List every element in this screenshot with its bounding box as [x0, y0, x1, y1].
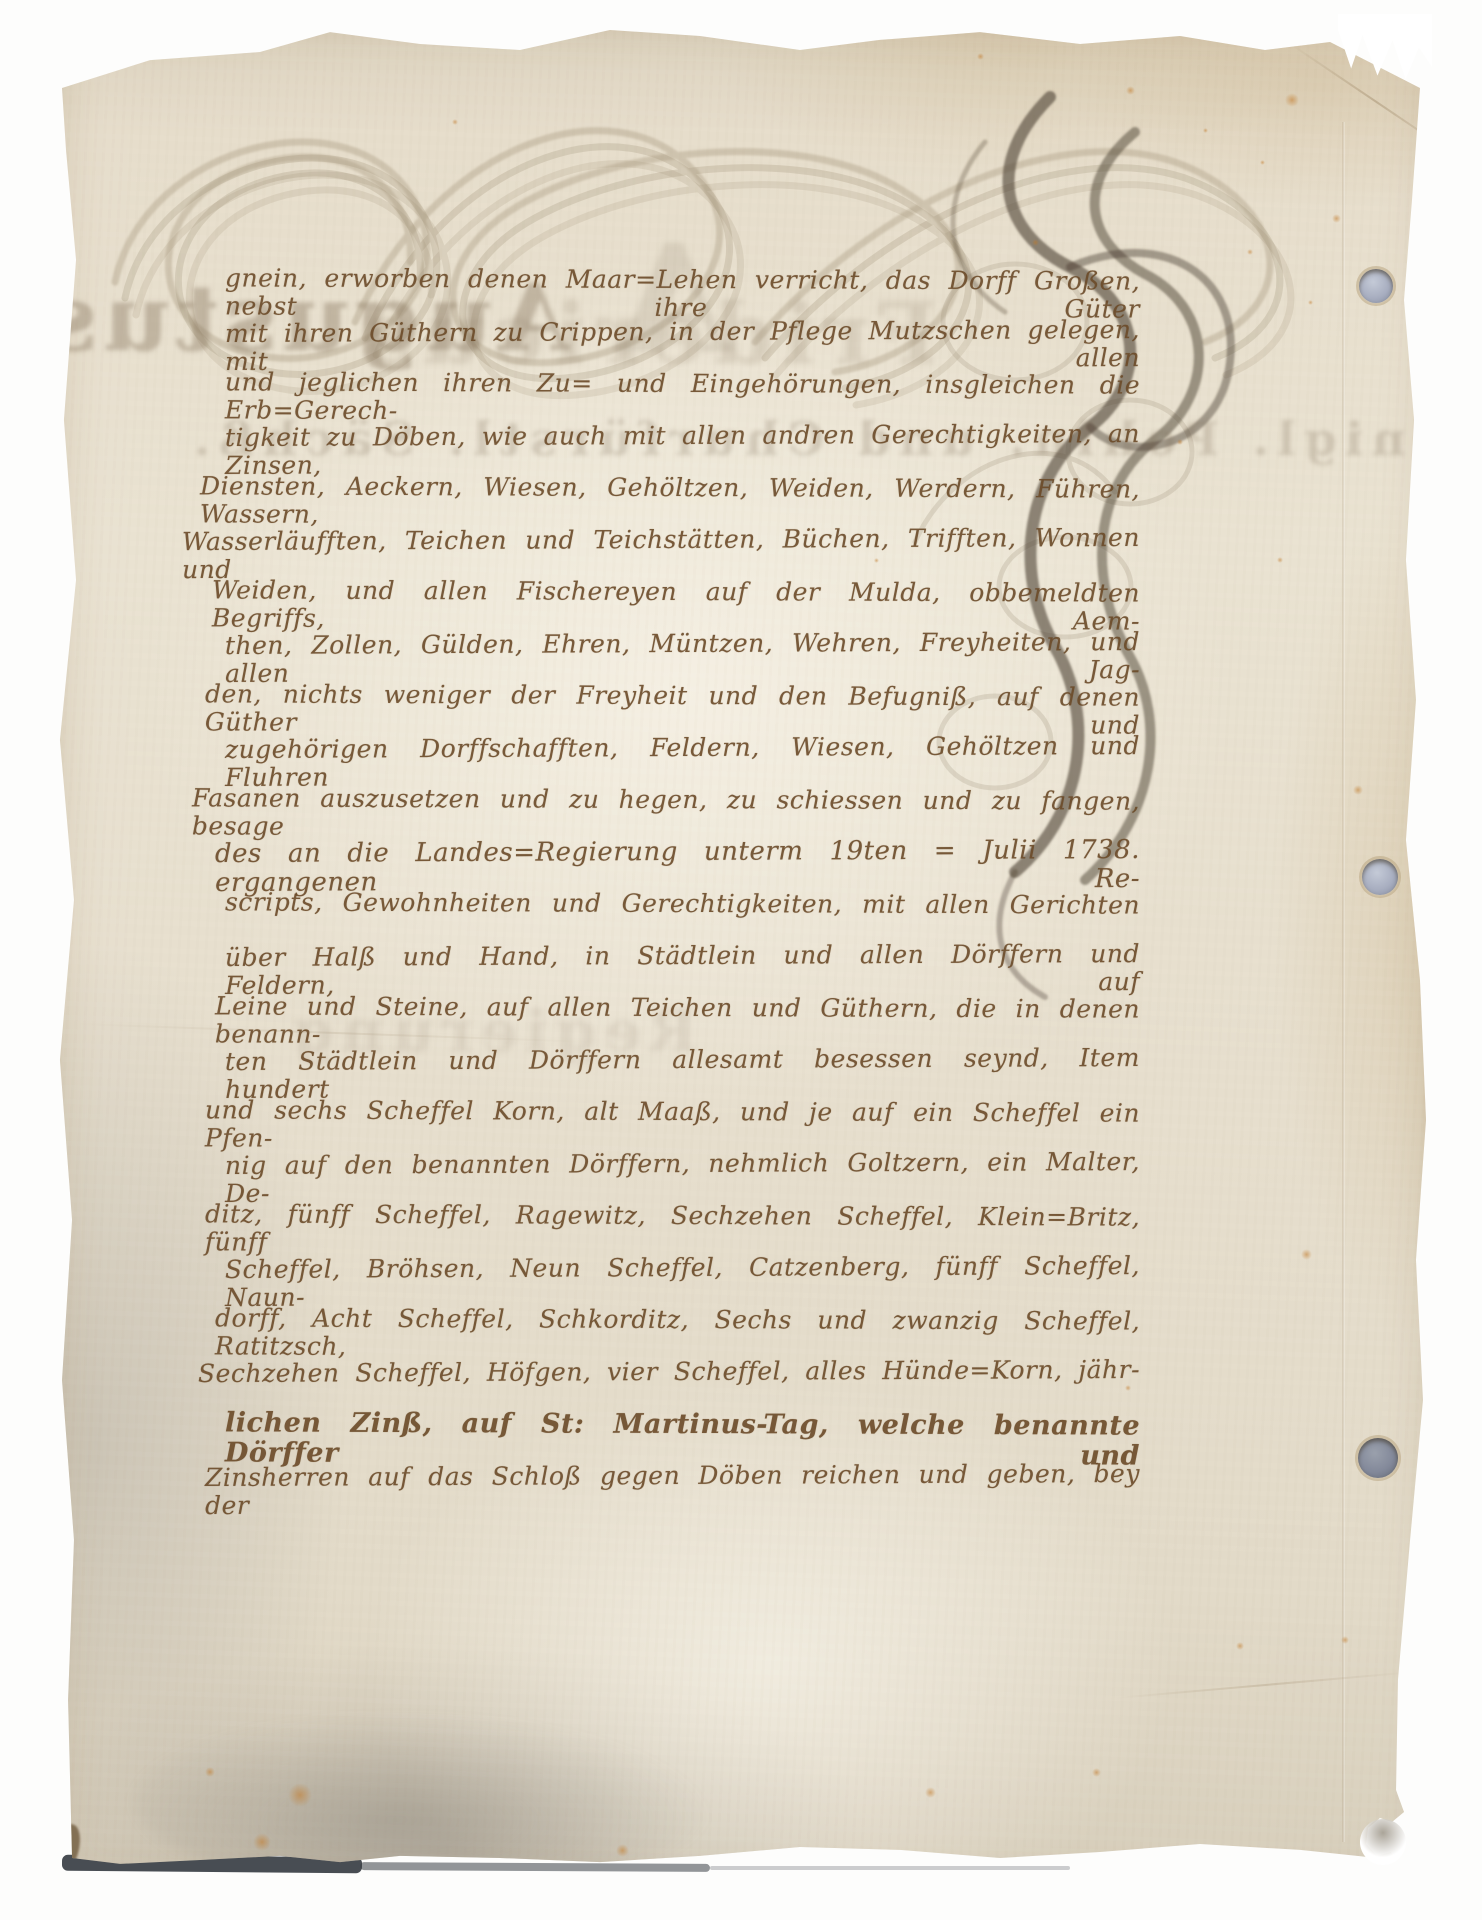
manuscript-line: dorff, Acht Scheffel, Schkorditz, Sechs …: [215, 1304, 1140, 1362]
manuscript-line: Leine und Steine, auf allen Teichen und …: [215, 992, 1140, 1050]
manuscript-line: über Halß und Hand, in Städtlein und all…: [225, 940, 1140, 999]
manuscript-line: Wasserläufften, Teichen und Teichstätten…: [182, 524, 1140, 583]
manuscript-line: scripts, Gewohnheiten und Gerechtigkeite…: [225, 888, 1140, 919]
foxing-spot: [1308, 300, 1313, 305]
manuscript-line: Sechzehen Scheffel, Höfgen, vier Scheffe…: [198, 1356, 1140, 1388]
manuscript-line: Weiden, und allen Fischereyen auf der Mu…: [212, 576, 1140, 634]
parchment-sheet: Augustus Fridericus Königl. Pohln. und C…: [55, 22, 1430, 1888]
foxing-spot: [1277, 557, 1283, 563]
foxing-spot: [1032, 239, 1039, 246]
manuscript-line: nig auf den benannten Dörffern, nehmlich…: [225, 1148, 1140, 1207]
punch-hole: [1362, 859, 1398, 895]
manuscript-line: ten Städtlein und Dörffern allesamt bese…: [225, 1044, 1140, 1103]
foxing-spot: [1125, 1385, 1131, 1391]
manuscript-line: Zinsherren auf das Schloß gegen Döben re…: [205, 1460, 1140, 1519]
manuscript-line: und sechs Scheffel Korn, alt Maaß, und j…: [205, 1096, 1140, 1154]
foxing-spot: [1301, 1249, 1312, 1260]
foxing-spot: [1332, 214, 1341, 223]
foxing-spot: [1177, 439, 1183, 445]
manuscript-line: then, Zollen, Gülden, Ehren, Müntzen, We…: [225, 628, 1140, 687]
foxing-spot: [1247, 249, 1253, 255]
foxing-spot: [1092, 1768, 1101, 1777]
manuscript-line: tigkeit zu Döben, wie auch mit allen and…: [225, 420, 1140, 479]
manuscript-line: Fasanen auszusetzen und zu hegen, zu sch…: [192, 784, 1140, 842]
punch-hole: [1359, 269, 1393, 303]
scanned-document-page: Augustus Fridericus Königl. Pohln. und C…: [0, 0, 1482, 1920]
foxing-spot: [452, 119, 458, 125]
foxing-spot: [1260, 160, 1265, 165]
foxing-spot: [1203, 128, 1208, 133]
manuscript-line: ditz, fünff Scheffel, Ragewitz, Sechzehe…: [205, 1200, 1140, 1258]
foxing-spot: [1353, 785, 1363, 795]
foxing-spot: [1126, 86, 1135, 95]
underlying-page-edge: [710, 1866, 1070, 1870]
manuscript-line: und jeglichen ihren Zu= und Eingehörunge…: [225, 368, 1140, 426]
fold-crease: [1115, 1671, 1414, 1699]
manuscript-line: gnein, erworben denen Maar=Lehen verrich…: [225, 264, 1140, 322]
bottom-edge-notch: [1360, 1819, 1406, 1865]
manuscript-line: Diensten, Aeckern, Wiesen, Gehöltzen, We…: [200, 472, 1140, 530]
fold-crease: [1342, 122, 1345, 1842]
foxing-spot: [1236, 1642, 1244, 1650]
foxing-spot: [1341, 1636, 1349, 1644]
manuscript-line: Scheffel, Bröhsen, Neun Scheffel, Catzen…: [225, 1252, 1140, 1311]
manuscript-line: zugehörigen Dorffschafften, Feldern, Wie…: [225, 732, 1140, 791]
manuscript-line: mit ihren Güthern zu Crippen, in der Pfl…: [225, 316, 1140, 375]
foxing-spot: [1285, 93, 1299, 107]
foxing-spot: [741, 34, 749, 42]
underlying-page-edge: [360, 1862, 710, 1872]
punch-hole: [1358, 1438, 1398, 1478]
manuscript-line: den, nichts weniger der Freyheit und den…: [205, 680, 1140, 738]
foxing-spot: [925, 1787, 936, 1798]
foxing-spot: [977, 53, 984, 60]
